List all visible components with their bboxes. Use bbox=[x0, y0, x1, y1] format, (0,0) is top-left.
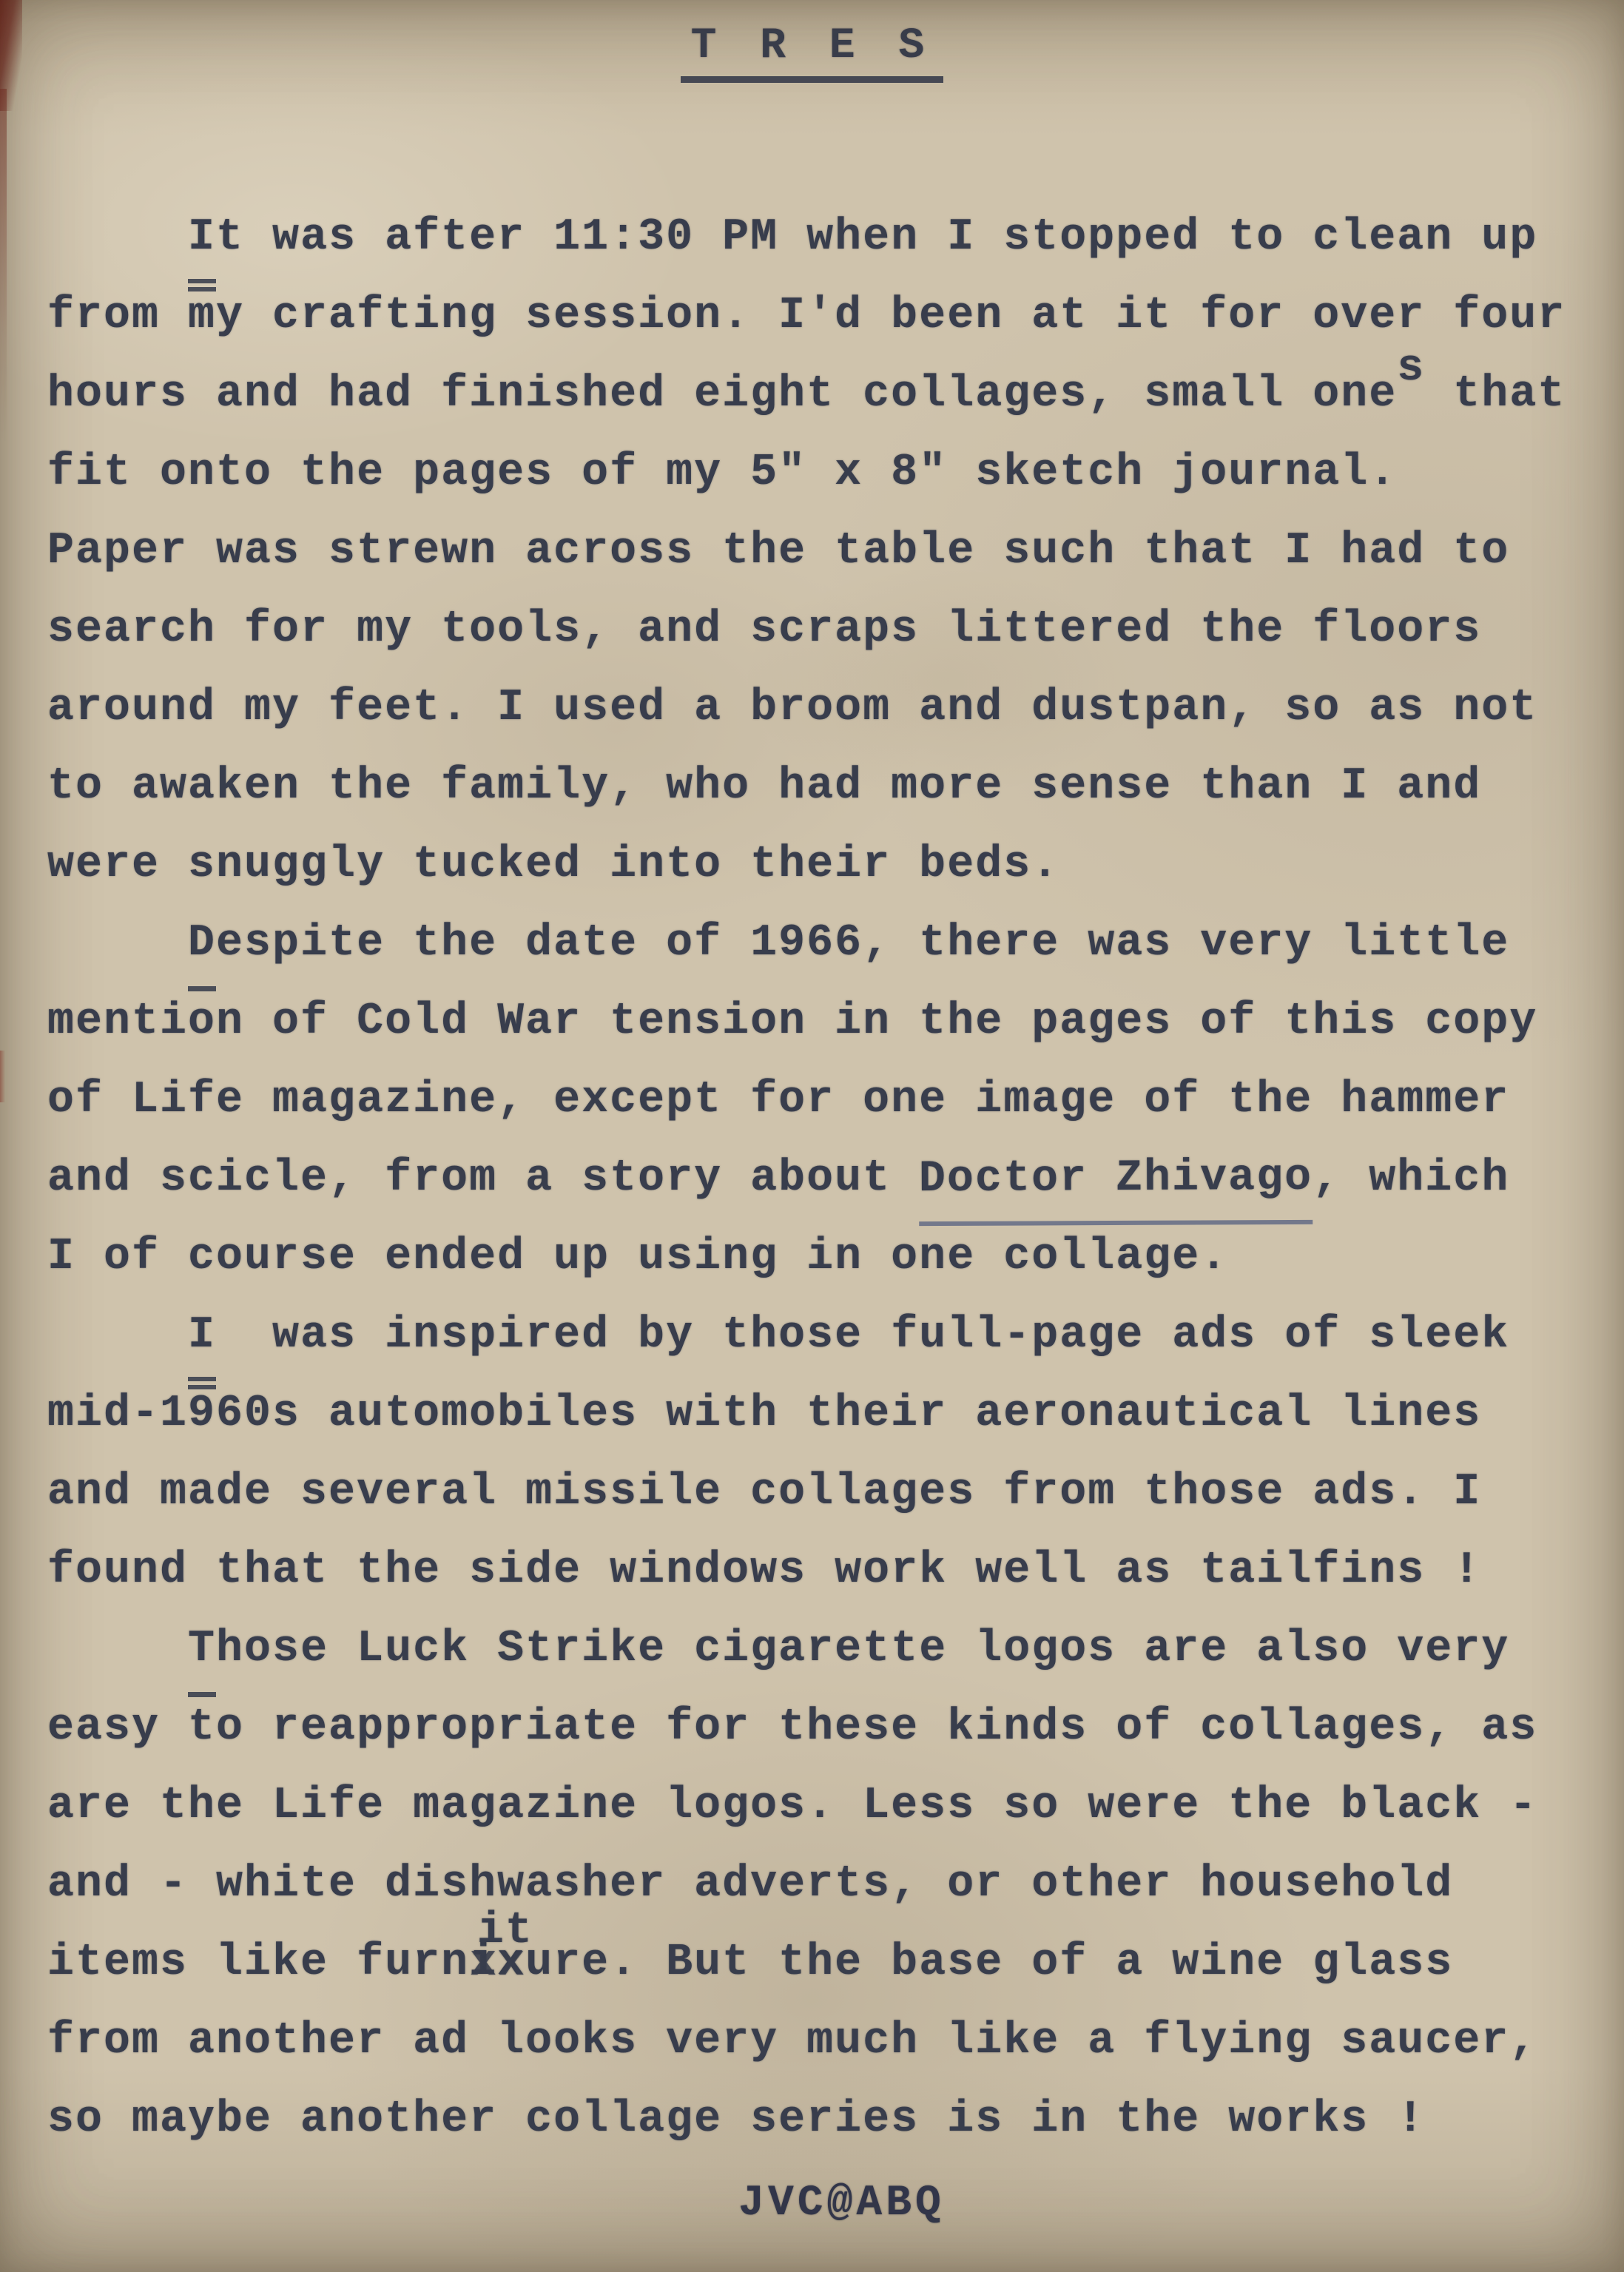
typewritten-page: T R E S It was after 11:30 PM when I sto… bbox=[0, 0, 1624, 2272]
text-segment: and - white dishwasher adverts, or other… bbox=[47, 1845, 1453, 1924]
text-line: hours and had finished eight collages, s… bbox=[47, 355, 1597, 434]
text-line: found that the side windows work well as… bbox=[47, 1531, 1597, 1610]
text-segment: that bbox=[1425, 355, 1566, 434]
paragraph: It was after 11:30 PM when I stopped to … bbox=[47, 198, 1597, 904]
text-segment bbox=[47, 1610, 188, 1688]
text-segment bbox=[47, 904, 188, 982]
text-line: fit onto the pages of my 5" x 8" sketch … bbox=[47, 434, 1597, 512]
document-body: It was after 11:30 PM when I stopped to … bbox=[47, 198, 1597, 2159]
text-segment: , which bbox=[1313, 1139, 1509, 1218]
text-line: I of course ended up using in one collag… bbox=[47, 1218, 1597, 1296]
paragraph: I was inspired by those full-page ads of… bbox=[47, 1296, 1597, 1610]
text-segment: espite the date of 1966, there was very … bbox=[216, 904, 1509, 982]
text-segment: Paper was strewn across the table such t… bbox=[47, 512, 1509, 590]
text-segment: from my crafting session. I'd been at it… bbox=[47, 277, 1566, 355]
text-line: mid-1960s automobiles with their aeronau… bbox=[47, 1375, 1597, 1453]
text-segment: hose Luck Strike cigarette logos are als… bbox=[216, 1610, 1509, 1688]
text-segment: mention of Cold War tension in the pages… bbox=[47, 982, 1537, 1061]
text-line: to awaken the family, who had more sense… bbox=[47, 747, 1597, 826]
text-segment: hours and had finished eight collages, s… bbox=[47, 355, 1397, 434]
text-segment: I of course ended up using in one collag… bbox=[47, 1218, 1228, 1296]
text-segment: from another ad looks very much like a f… bbox=[47, 2002, 1537, 2080]
text-segment: T bbox=[188, 1610, 216, 1697]
text-line: mention of Cold War tension in the pages… bbox=[47, 982, 1597, 1061]
paragraph: Those Luck Strike cigarette logos are al… bbox=[47, 1610, 1597, 2159]
text-segment: to awaken the family, who had more sense… bbox=[47, 747, 1481, 826]
page-title: T R E S bbox=[0, 22, 1624, 83]
text-line: and made several missile collages from t… bbox=[47, 1453, 1597, 1531]
text-line: are the Life magazine logos. Less so wer… bbox=[47, 1767, 1597, 1845]
text-line: from my crafting session. I'd been at it… bbox=[47, 277, 1597, 355]
text-segment: D bbox=[188, 904, 216, 991]
text-segment: and made several missile collages from t… bbox=[47, 1453, 1481, 1531]
text-line: items like furnixure. But the base of a … bbox=[47, 1924, 1597, 2002]
text-segment: of Life magazine, except for one image o… bbox=[47, 1061, 1509, 1139]
text-segment: search for my tools, and scraps littered… bbox=[47, 590, 1481, 669]
text-line: Paper was strewn across the table such t… bbox=[47, 512, 1597, 590]
text-line: search for my tools, and scraps littered… bbox=[47, 590, 1597, 669]
text-line: It was after 11:30 PM when I stopped to … bbox=[47, 198, 1597, 277]
text-line: so maybe another collage series is in th… bbox=[47, 2080, 1597, 2159]
text-line: I was inspired by those full-page ads of… bbox=[47, 1296, 1597, 1375]
text-segment: t was after 11:30 PM when I stopped to c… bbox=[216, 198, 1537, 277]
text-segment: so maybe another collage series is in th… bbox=[47, 2080, 1425, 2159]
paragraph: Despite the date of 1966, there was very… bbox=[47, 904, 1597, 1296]
text-segment: fit onto the pages of my 5" x 8" sketch … bbox=[47, 434, 1397, 512]
text-segment: are the Life magazine logos. Less so wer… bbox=[47, 1767, 1537, 1845]
text-segment bbox=[47, 198, 188, 277]
text-segment: and scicle, from a story about bbox=[47, 1139, 919, 1218]
text-line: around my feet. I used a broom and dustp… bbox=[47, 669, 1597, 747]
text-segment: mid-1960s automobiles with their aeronau… bbox=[47, 1375, 1481, 1453]
text-line: easy to reappropriate for these kinds of… bbox=[47, 1688, 1597, 1767]
text-line: Despite the date of 1966, there was very… bbox=[47, 904, 1597, 982]
text-segment: s bbox=[1397, 329, 1425, 408]
text-segment: were snuggly tucked into their beds. bbox=[47, 826, 1059, 904]
text-line: were snuggly tucked into their beds. bbox=[47, 826, 1597, 904]
text-line: Those Luck Strike cigarette logos are al… bbox=[47, 1610, 1597, 1688]
text-segment: found that the side windows work well as… bbox=[47, 1531, 1481, 1610]
text-segment: easy to reappropriate for these kinds of… bbox=[47, 1688, 1537, 1767]
text-segment: around my feet. I used a broom and dustp… bbox=[47, 669, 1537, 747]
text-line: and scicle, from a story about Doctor Zh… bbox=[47, 1139, 1597, 1218]
page-title-text: T R E S bbox=[681, 22, 944, 83]
text-segment: items like furn bbox=[47, 1924, 469, 2002]
text-line: from another ad looks very much like a f… bbox=[47, 2002, 1597, 2080]
pen-underlined-text: Doctor Zhivago bbox=[919, 1139, 1313, 1226]
text-segment: was inspired by those full-page ads of s… bbox=[216, 1296, 1509, 1375]
text-line: of Life magazine, except for one image o… bbox=[47, 1061, 1597, 1139]
page-footer: JVC@ABQ bbox=[0, 2180, 1624, 2228]
paper-edge-mark bbox=[0, 1051, 5, 1102]
text-segment bbox=[47, 1296, 188, 1375]
text-segment: ure. But the base of a wine glass bbox=[525, 1924, 1453, 2002]
text-line: and - white dishwasher adverts, or other… bbox=[47, 1845, 1597, 1924]
paper-edge-left bbox=[0, 89, 7, 444]
text-segment: ix bbox=[469, 1924, 525, 2002]
